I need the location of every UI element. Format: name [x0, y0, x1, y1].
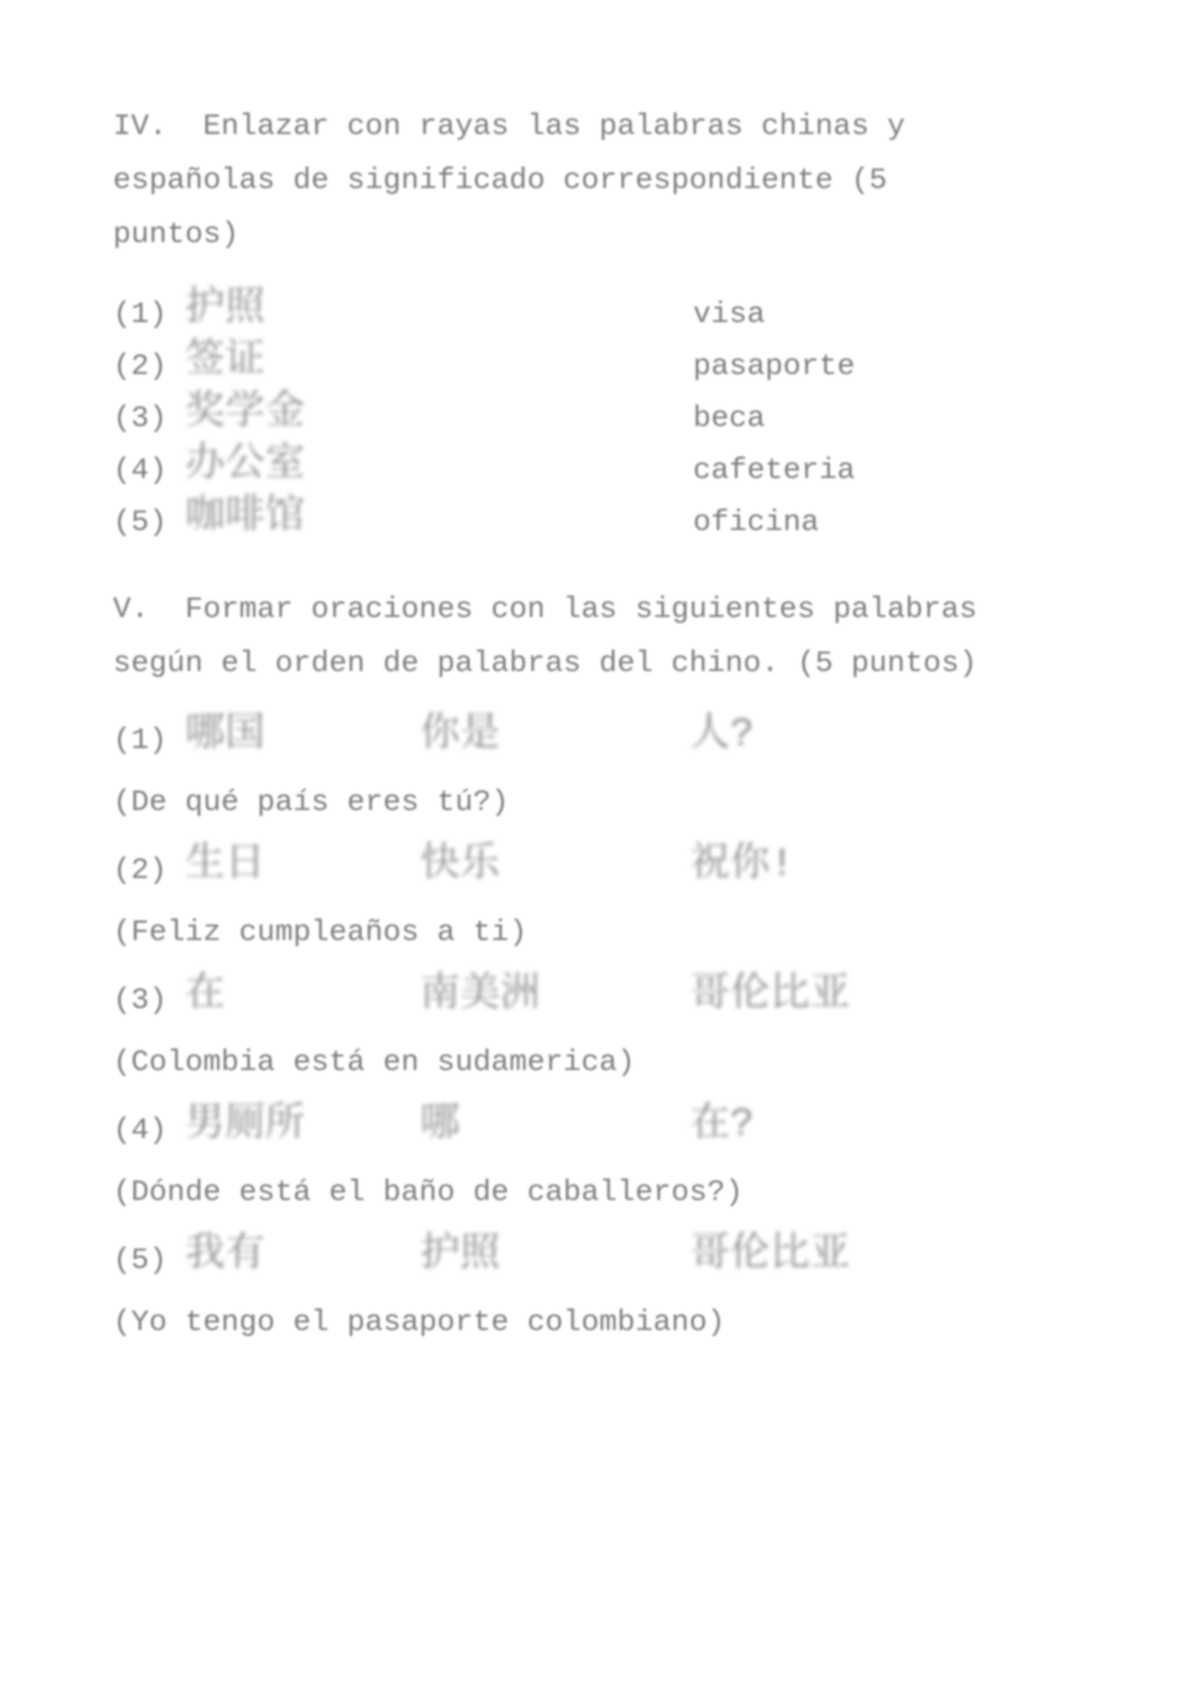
matching-row-3: (3) 奖学金 beca	[113, 394, 1113, 448]
item-number: (1)	[113, 298, 167, 332]
matching-row-1: (1) 护照 visa	[113, 290, 1113, 344]
chinese-word: 护照	[185, 290, 265, 330]
matching-row-5: (5) 咖啡馆 oficina	[113, 498, 1113, 552]
chinese-word: 办公室	[185, 446, 305, 486]
item-number: (3)	[113, 402, 167, 436]
translation-text: (De qué país eres tú?)	[113, 786, 509, 820]
translation-text: (Feliz cumpleaños a ti)	[113, 916, 527, 950]
sentence-item-4: (4) 男厕所 哪 在? (Dónde está el baño de caba…	[113, 1106, 1143, 1226]
chinese-word: 男厕所	[185, 1106, 305, 1146]
chinese-word: 哥伦比亚	[690, 976, 850, 1016]
chinese-word: 在?	[690, 1106, 754, 1146]
chinese-word: 南美洲	[420, 976, 540, 1016]
chinese-word: 我有	[185, 1236, 265, 1276]
item-number: (2)	[113, 350, 167, 384]
sentence-item-2: (2) 生日 快乐 祝你! (Feliz cumpleaños a ti)	[113, 846, 1143, 966]
translation-text: (Colombia está en sudamerica)	[113, 1046, 635, 1080]
section-iv-heading-line-2: españolas de significado correspondiente…	[113, 154, 905, 208]
translation-text: (Dónde está el baño de caballeros?)	[113, 1176, 743, 1210]
matching-row-2: (2) 签证 pasaporte	[113, 342, 1113, 396]
spanish-word: beca	[693, 402, 765, 436]
section-v-heading-line-1: V. Formar oraciones con las siguientes p…	[113, 583, 977, 637]
chinese-word: 签证	[185, 342, 265, 382]
chinese-word: 奖学金	[185, 394, 305, 434]
chinese-word: 人?	[690, 716, 754, 756]
chinese-word: 在	[185, 976, 225, 1016]
chinese-word: 快乐	[420, 846, 500, 886]
chinese-word: 护照	[420, 1236, 500, 1276]
item-number: (2)	[113, 854, 167, 888]
spanish-word: cafeteria	[693, 454, 855, 488]
item-number: (4)	[113, 1114, 167, 1148]
item-number: (4)	[113, 454, 167, 488]
chinese-word: 哥伦比亚	[690, 1236, 850, 1276]
chinese-word: 祝你!	[690, 846, 794, 886]
chinese-word: 生日	[185, 846, 265, 886]
item-number: (3)	[113, 984, 167, 1018]
sentence-item-5: (5) 我有 护照 哥伦比亚 (Yo tengo el pasaporte co…	[113, 1236, 1143, 1356]
chinese-word: 咖啡馆	[185, 498, 305, 538]
item-number: (5)	[113, 506, 167, 540]
spanish-word: pasaporte	[693, 350, 855, 384]
scanned-exam-page: IV. Enlazar con rayas las palabras china…	[0, 0, 1190, 1684]
spanish-word: visa	[693, 298, 765, 332]
section-iv-heading-line-3: puntos)	[113, 208, 905, 262]
section-iv-heading: IV. Enlazar con rayas las palabras china…	[113, 100, 905, 262]
item-number: (1)	[113, 724, 167, 758]
section-iv-heading-line-1: IV. Enlazar con rayas las palabras china…	[113, 100, 905, 154]
item-number: (5)	[113, 1244, 167, 1278]
section-v-heading: V. Formar oraciones con las siguientes p…	[113, 583, 977, 691]
matching-row-4: (4) 办公室 cafeteria	[113, 446, 1113, 500]
spanish-word: oficina	[693, 506, 819, 540]
chinese-word: 哪	[420, 1106, 460, 1146]
chinese-word: 你是	[420, 716, 500, 756]
translation-text: (Yo tengo el pasaporte colombiano)	[113, 1306, 725, 1340]
sentence-item-1: (1) 哪国 你是 人? (De qué país eres tú?)	[113, 716, 1143, 836]
chinese-word: 哪国	[185, 716, 265, 756]
sentence-item-3: (3) 在 南美洲 哥伦比亚 (Colombia está en sudamer…	[113, 976, 1143, 1096]
section-v-heading-line-2: según el orden de palabras del chino. (5…	[113, 637, 977, 691]
